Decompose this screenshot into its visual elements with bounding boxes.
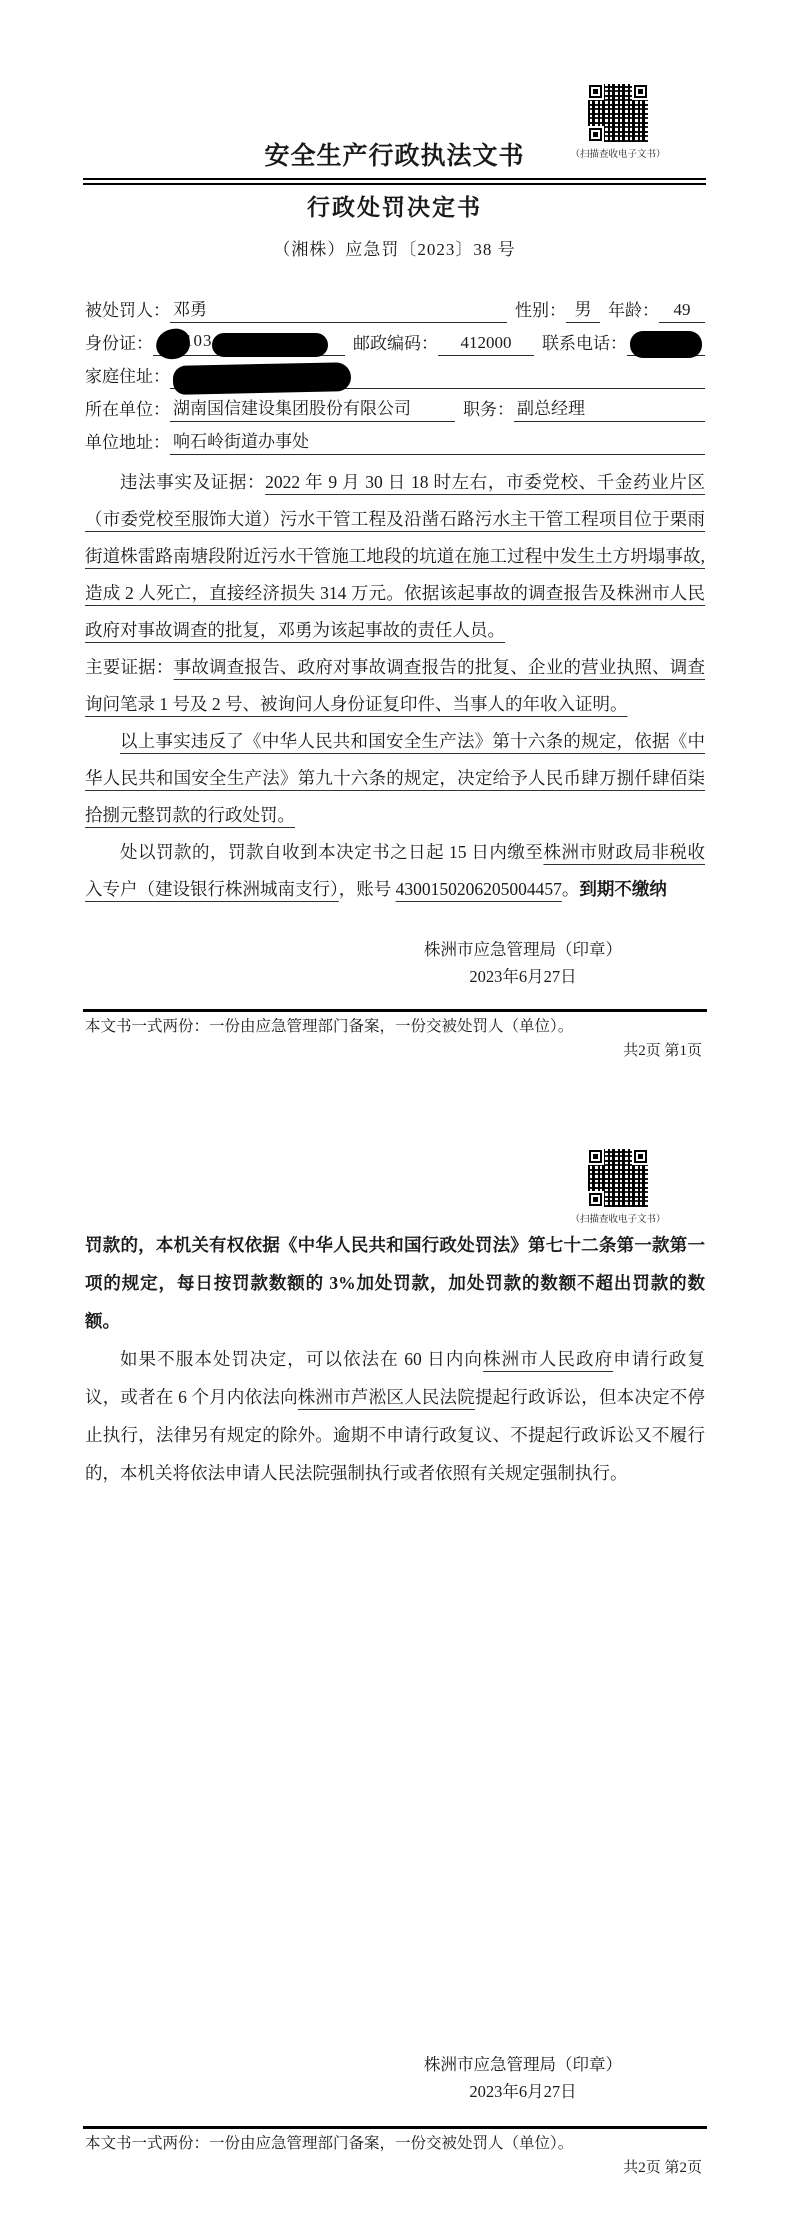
qr-finder-icon (634, 1150, 647, 1163)
facts-label: 违法事实及证据： (120, 472, 265, 492)
qr-code-icon (588, 1149, 648, 1207)
redaction-blob (155, 327, 192, 360)
court-name: 株洲市芦淞区人民法院 (298, 1387, 475, 1407)
penalty-decision-document: （扫描查收电子文书） 安全生产行政执法文书 行政处罚决定书 （湘株）应急罚〔20… (0, 0, 789, 2236)
field-row-home-address: 家庭住址： (85, 356, 705, 389)
surcharge-paragraph: 罚款的，本机关有权依据《中华人民共和国行政处罚法》第七十二条第一款第一项的规定，… (85, 1226, 705, 1340)
double-rule-divider (83, 178, 706, 185)
copies-note-page2: 本文书一式两份：一份由应急管理部门备案，一份交被处罚人（单位）。 (85, 2133, 705, 2154)
qr-caption: （扫描查收电子文书） (558, 1211, 678, 1225)
qr-finder-icon (634, 85, 647, 98)
document-number: （湘株）应急罚〔2023〕38 号 (83, 235, 706, 260)
phone-label: 联系电话： (542, 329, 627, 356)
signature-block-page1: 株洲市应急管理局（印章） 2023年6月27日 (85, 936, 705, 990)
field-row-id: 身份证： 103 邮政编码： 412000 联系电话： (85, 323, 705, 356)
appeal-paragraph: 如果不服本处罚决定，可以依法在 60 日内向株洲市人民政府申请行政复议，或者在 … (85, 1340, 705, 1492)
qr-finder-icon (589, 85, 602, 98)
age-label: 年龄： (608, 296, 659, 323)
field-row-employer: 所在单位： 湖南国信建设集团股份有限公司 职务： 副总经理 (85, 389, 705, 422)
overdue-warning-text: 到期不缴纳 (579, 879, 667, 899)
redaction-bar (212, 333, 328, 357)
qr-finder-icon (589, 128, 602, 141)
penalized-value: 邓勇 (170, 295, 507, 323)
signature-block-page2: 株洲市应急管理局（印章） 2023年6月27日 (85, 2051, 705, 2105)
facts-text: 2022 年 9 月 30 日 18 时左右，市委党校、千金药业片区（市委党校至… (85, 472, 705, 640)
unit-address-value: 响石岭街道办事处 (170, 427, 705, 455)
payment-text: 。 (562, 879, 580, 899)
party-info-fields: 被处罚人： 邓勇 性别： 男 年龄： 49 身份证： 103 邮政编码： 412… (85, 290, 705, 455)
payment-text: 处以罚款的，罚款自收到本决定书之日起 15 日内缴至 (120, 842, 543, 862)
position-label: 职务： (463, 395, 514, 422)
age-value: 49 (659, 300, 705, 323)
gender-label: 性别： (515, 296, 566, 323)
position-value: 副总经理 (514, 394, 705, 422)
page-marker-page2: 共2页 第2页 (85, 2156, 702, 2177)
unit-address-label: 单位地址： (85, 428, 170, 455)
copies-note-page1: 本文书一式两份：一份由应急管理部门备案，一份交被处罚人（单位）。 (85, 1016, 705, 1037)
page-title: 行政处罚决定书 (83, 193, 706, 222)
postal-value: 412000 (438, 333, 534, 356)
review-authority: 株洲市人民政府 (483, 1349, 613, 1369)
decision-body-text: 违法事实及证据：2022 年 9 月 30 日 18 时左右，市委党校、千金药业… (85, 464, 705, 908)
redaction-bar (630, 331, 702, 358)
penalized-label: 被处罚人： (85, 296, 170, 323)
phone-value-redacted (627, 331, 705, 356)
id-label: 身份证： (85, 329, 153, 356)
evidence-label: 主要证据： (85, 657, 174, 677)
evidence-text: 事故调查报告、政府对事故调查报告的批复、企业的营业执照、调查询问笔录 1 号及 … (85, 657, 705, 714)
payment-paragraph: 处以罚款的，罚款自收到本决定书之日起 15 日内缴至株洲市财政局非税收入专户（建… (85, 834, 705, 908)
field-row-penalized: 被处罚人： 邓勇 性别： 男 年龄： 49 (85, 290, 705, 323)
evidence-paragraph: 主要证据：事故调查报告、政府对事故调查报告的批复、企业的营业执照、调查询问笔录 … (85, 649, 705, 723)
document-header: 安全生产行政执法文书 行政处罚决定书 （湘株）应急罚〔2023〕38 号 (83, 142, 706, 260)
page-marker-page1: 共2页 第1页 (85, 1039, 702, 1060)
payment-text: ，账号 (339, 879, 396, 899)
decision-paragraph: 以上事实违反了《中华人民共和国安全生产法》第十六条的规定，依据《中华人民共和国安… (85, 723, 705, 834)
facts-paragraph: 违法事实及证据：2022 年 9 月 30 日 18 时左右，市委党校、千金药业… (85, 464, 705, 649)
redaction-bar (173, 362, 352, 395)
qr-finder-icon (589, 1150, 602, 1163)
document-type-title: 安全生产行政执法文书 (83, 142, 706, 172)
issue-date: 2023年6月27日 (373, 2078, 673, 2105)
footer-divider-page1 (83, 1009, 707, 1012)
home-address-value-redacted (170, 364, 705, 389)
footer-divider-page2 (83, 2126, 707, 2129)
employer-value: 湖南国信建设集团股份有限公司 (170, 394, 455, 422)
issue-date: 2023年6月27日 (373, 963, 673, 990)
appeal-text: 如果不服本处罚决定，可以依法在 60 日内向 (120, 1349, 483, 1369)
qr-code-icon (588, 84, 648, 142)
gender-value: 男 (566, 295, 600, 323)
id-value-redacted: 103 (153, 329, 345, 356)
qr-block-page2: （扫描查收电子文书） (558, 1149, 678, 1225)
employer-label: 所在单位： (85, 395, 170, 422)
issuing-authority: 株洲市应急管理局（印章） (373, 936, 673, 963)
page2-body-text: 罚款的，本机关有权依据《中华人民共和国行政处罚法》第七十二条第一款第一项的规定，… (85, 1226, 705, 1492)
decision-text: 以上事实违反了《中华人民共和国安全生产法》第十六条的规定，依据《中华人民共和国安… (85, 731, 705, 825)
field-row-unit-address: 单位地址： 响石岭街道办事处 (85, 422, 705, 455)
home-address-label: 家庭住址： (85, 362, 170, 389)
postal-label: 邮政编码： (353, 329, 438, 356)
qr-finder-icon (589, 1193, 602, 1206)
payment-account-number: 4300150206205004457 (396, 879, 562, 899)
issuing-authority: 株洲市应急管理局（印章） (373, 2051, 673, 2078)
